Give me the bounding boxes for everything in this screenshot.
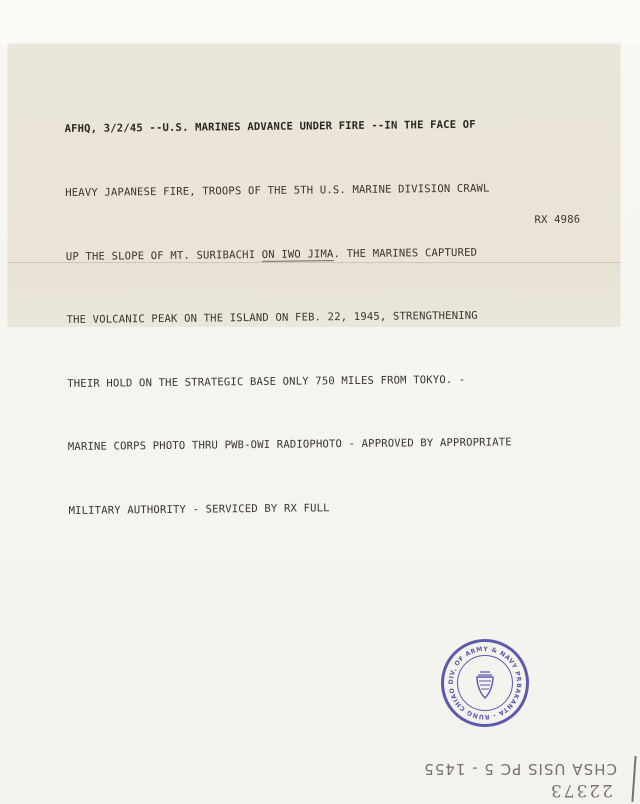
- caption-text-fragment: UP THE SLOPE OF MT. SURIBACHI: [66, 249, 262, 263]
- reference-number: RX 4986: [534, 210, 580, 232]
- top-margin: [0, 0, 640, 46]
- caption-line: THE VOLCANIC PEAK ON THE ISLAND ON FEB. …: [66, 305, 606, 332]
- caption-slip: AFHQ, 3/2/45 --U.S. MARINES ADVANCE UNDE…: [8, 44, 620, 326]
- caption-text-fragment: . THE MARINES CAPTURED: [333, 246, 477, 260]
- arrowhead-emblem-icon: [475, 669, 495, 699]
- caption-line: HEAVY JAPANESE FIRE, TROOPS OF THE 5TH U…: [65, 177, 605, 204]
- caption-line: MARINE CORPS PHOTO THRU PWB-OWI RADIOPHO…: [68, 432, 608, 459]
- underlined-location: ON IWO JIMA: [262, 248, 334, 262]
- caption-line: UP THE SLOPE OF MT. SURIBACHI ON IWO JIM…: [66, 241, 606, 268]
- caption-line: MILITARY AUTHORITY - SERVICED BY RX FULL: [68, 495, 608, 522]
- caption-text: AFHQ, 3/2/45 --U.S. MARINES ADVANCE UNDE…: [64, 71, 609, 585]
- handwritten-catalog-line: CHSA USIS PC 5 - 1455: [423, 760, 617, 778]
- handwritten-number: 22373: [549, 780, 613, 800]
- caption-headline: AFHQ, 3/2/45 --U.S. MARINES ADVANCE UNDE…: [64, 114, 604, 141]
- caption-line: THEIR HOLD ON THE STRATEGIC BASE ONLY 75…: [67, 368, 607, 395]
- archive-stamp: BAKANTA - RUNG CHIAO DIV. OF ARMY & NAVY…: [441, 639, 529, 727]
- handwritten-notes: CHSA USIS PC 5 - 1455 22373: [410, 754, 635, 802]
